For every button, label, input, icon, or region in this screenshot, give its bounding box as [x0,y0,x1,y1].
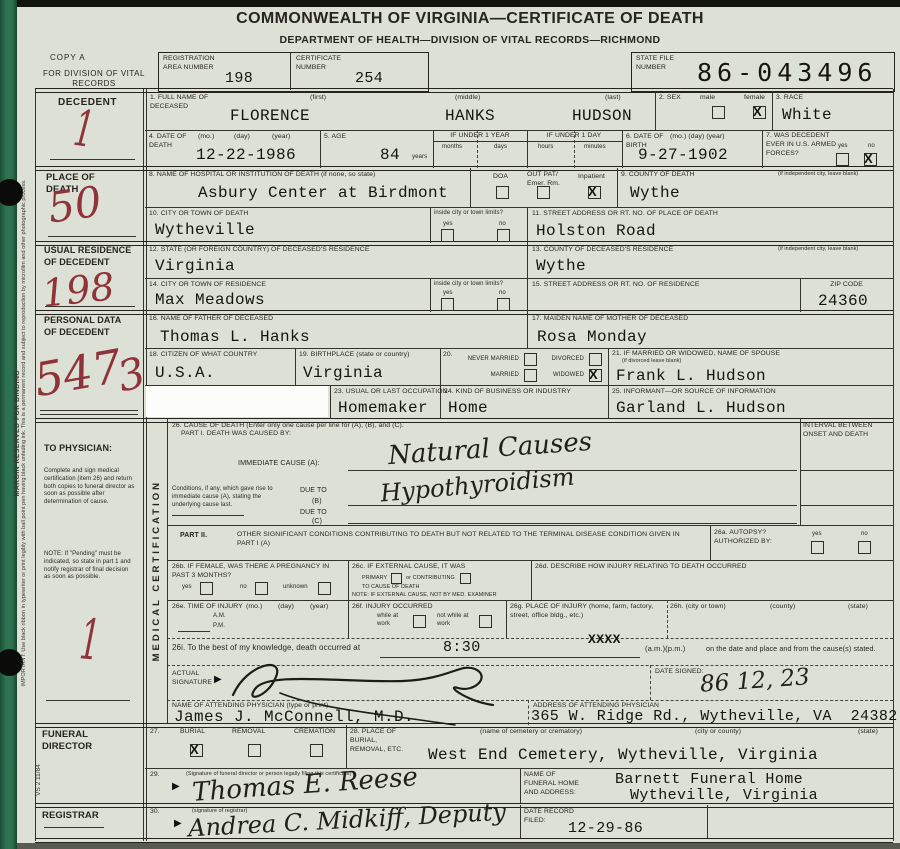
line [145,278,893,279]
field-19-label: 19. BIRTHPLACE (state or country) [299,351,409,360]
bottom-scan-edge [17,843,900,849]
field-24-label: 24. KIND OF BUSINESS OR INDUSTRY [444,388,571,397]
under-1-day-label: IF UNDER 1 DAY [530,132,618,141]
county-hint-label: (county) [770,603,795,612]
primary-checkbox [391,573,402,584]
funeral-home-name-value: Barnett Funeral Home [615,771,803,788]
first-label: (first) [310,94,326,103]
line [430,278,431,312]
line [893,89,894,841]
widowed-checkbox: X [589,369,602,382]
first-name-value: FLORENCE [230,107,310,125]
age-value: 84 [380,146,400,164]
field-11-label: 11. STREET ADDRESS OR RT. NO. OF PLACE O… [532,210,718,219]
line [608,348,609,385]
limits-label: inside city or town limits? [434,281,524,289]
limits-no-checkbox [497,229,510,242]
limits-yes-label: yes [443,290,453,298]
injury-day-label: (day) [278,603,294,612]
middle-label: (middle) [455,94,480,103]
line [320,130,321,168]
section-medical-certification: MEDICAL CERTIFICATION [146,418,167,723]
doa-label: DOA [493,173,508,182]
state-file-label: STATE FILE NUMBER [636,55,691,73]
limits-yes-label: yes [443,221,453,229]
field-26i-rest-label: on the date and place and from the cause… [706,644,876,653]
date-of-birth-value: 9-27-1902 [638,146,728,164]
married-label: MARRIED [455,372,519,380]
line [40,414,138,415]
line [527,207,528,243]
line [800,278,801,312]
physician-address-value: 365 W. Ridge Rd., Wytheville, VA 24382 [531,708,898,725]
binding-margin-text: MARGIN RESERVED FOR BINDING IMPORTANT: U… [14,143,40,723]
armed-forces-no-label: no [868,143,875,151]
binding-note: IMPORTANT: Use black ribbon in typewrite… [21,143,28,723]
middle-name-value: HANKS [445,107,495,125]
cemetery-city-hint: (city or county) [695,728,741,737]
pregnancy-yes-label: yes [182,584,192,592]
arrow-icon: ▶ [172,781,180,792]
line [348,600,349,638]
line [48,236,136,237]
check-x-mark: X [864,151,873,166]
line [622,130,623,168]
pregnancy-unknown-checkbox [318,582,331,595]
race-value: White [782,106,832,124]
cemetery-name-hint: (name of cemetery or crematory) [480,728,582,737]
field-7-label: 7. WAS DECEDENT EVER IN U.S. ARMED FORCE… [766,132,838,158]
injury-year-label: (year) [310,603,328,612]
field-18-label: 18. CITIZEN OF WHAT COUNTRY [149,351,257,360]
field-21-hint: (if divorced leave blank) [622,358,681,365]
age-unit-label: years [412,154,427,162]
line [772,91,773,130]
line [346,725,347,768]
industry-value: Home [448,399,488,417]
while-at-work-checkbox [413,615,426,628]
line [800,470,893,471]
under-1-year-label: IF UNDER 1 YEAR [436,132,524,141]
married-checkbox [524,369,537,382]
line [145,348,893,349]
pm-label: P.M. [213,623,225,631]
field-26h-label: 26h. (city or town) [670,603,726,612]
check-x-mark: X [589,367,598,382]
not-while-at-work-label: not while at work [437,613,477,629]
sex-male-checkbox [712,106,725,119]
pregnancy-unknown-label: unknown [283,584,308,592]
line [45,306,135,307]
line [145,768,893,769]
line [35,88,893,93]
ampm-label: (a.m.)(p.m.) [645,644,685,654]
field-14-label: 14. CITY OR TOWN OF RESIDENCE [149,281,266,290]
line [145,207,893,208]
burial-checkbox: X [190,744,203,757]
line [35,89,36,841]
field-30-label: 30. [150,808,160,817]
hospital-value: Asbury Center at Birdmont [198,184,448,202]
copy-label: COPY A [50,53,86,63]
line [800,505,893,506]
autopsy-no-label: no [861,531,868,539]
section-residence: USUAL RESIDENCE OF DECEDENT [44,245,139,268]
limits-label: inside city or town limits? [434,210,524,218]
binding-title: MARGIN RESERVED FOR BINDING [14,143,21,723]
line [35,838,893,843]
outpatient-checkbox [537,186,550,199]
line [145,130,893,131]
primary-label: PRIMARY [362,575,387,582]
date-signed-handwriting: 86 12, 23 [699,664,810,698]
date-of-death-value: 12-22-1986 [196,146,296,164]
part-2-text: OTHER SIGNIFICANT CONDITIONS CONTRIBUTIN… [237,531,697,549]
city-of-death-value: Wytheville [155,221,255,239]
field-16-label: 16. NAME OF FATHER OF DECEASED [149,315,273,324]
certificate-number: 254 [355,70,383,87]
line [44,827,104,828]
form-title: COMMONWEALTH OF VIRGINIA—CERTIFICATE OF … [120,9,820,30]
line [50,159,135,160]
zip-code-label: ZIP CODE [805,281,888,290]
line [608,385,609,418]
mother-name-value: Rosa Monday [537,328,647,346]
check-x-mark: X [588,184,597,199]
limits-yes-checkbox [441,298,454,311]
birthplace-value: Virginia [303,364,383,382]
field-12-label: 12. STATE (OR FOREIGN COUNTRY) OF DECEAS… [149,246,369,255]
pregnancy-no-label: no [240,584,247,592]
am-label: A.M. [213,613,226,621]
line [143,89,144,841]
sex-male-label: male [700,94,715,103]
limits-no-label: no [499,290,506,298]
field-4-label: 4. DATE OF DEATH [149,133,195,151]
sex-female-label: female [744,94,765,103]
registration-area-number: 198 [225,70,253,87]
field-1-label: 1. FULL NAME OF DECEASED [150,94,222,112]
date-signed-label: DATE SIGNED: [655,668,704,677]
physician-note-2: NOTE: If "Pending" must be indicated, so… [44,551,136,582]
line [528,700,529,725]
county-of-death-value: Wythe [630,184,680,202]
father-name-value: Thomas L. Hanks [160,328,310,346]
occupation-value: Homemaker [338,399,428,417]
line [40,410,138,411]
field-9-hint: (if independent city, leave blank) [778,171,858,178]
form-subtitle: DEPARTMENT OF HEALTH—DIVISION OF VITAL R… [120,34,820,48]
state-hint-label: (state) [848,603,868,612]
top-scan-edge [17,0,900,7]
street-of-death-value: Holston Road [536,222,656,240]
conditions-note: Conditions, if any, which gave rise to i… [172,486,280,509]
minutes-label: minutes [584,144,606,152]
field-26g-label: 26g. PLACE OF INJURY (home, farm, factor… [510,603,660,621]
field-17-label: 17. MAIDEN NAME OF MOTHER OF DECEASED [532,315,688,324]
residence-city-value: Max Meadows [155,291,265,309]
line [470,168,471,207]
field-15-label: 15. STREET ADDRESS OR RT. NO. OF RESIDEN… [532,281,700,290]
line [650,665,651,700]
actual-signature-label: ACTUAL SIGNATURE [172,670,218,688]
medical-certification-label: MEDICAL CERTIFICATION [151,480,162,661]
line [531,560,532,600]
field-2-label: 2. SEX [659,94,681,103]
line [707,805,708,838]
line [617,168,618,207]
funeral-home-city-value: Wytheville, Virginia [630,787,818,804]
citizen-value: U.S.A. [155,364,215,382]
date-filed-value: 12-29-86 [568,820,643,837]
line [167,638,893,639]
registration-area-label: REGISTRATION AREA NUMBER [163,55,231,73]
red-annotation-physician: 1 [77,607,102,673]
field-26a-label: 26a. AUTOPSY? AUTHORIZED BY: [714,529,784,547]
hours-label: hours [538,144,554,152]
section-to-physician: TO PHYSICIAN: [44,443,112,455]
due-to-c-label: DUE TO [300,508,327,517]
line [655,91,656,130]
funeral-director-signature: Thomas E. Reese [191,762,419,808]
burial-label: BURIAL [180,728,205,737]
autopsy-yes-label: yes [812,531,822,539]
line [167,560,893,561]
mo-label: (mo.) [198,133,214,142]
line [527,312,528,348]
limits-yes-checkbox [441,229,454,242]
red-annotation-personal: 547 [30,339,126,407]
widowed-label: WIDOWED [540,372,584,380]
section-registrar: REGISTRAR [42,810,99,822]
zip-code-value: 24360 [818,292,868,310]
field-26e-label: 26e. TIME OF INJURY [172,603,243,612]
field-26i-label: 26i. To the best of my knowledge, death … [172,643,360,653]
physician-name-value: James J. McConnell, M.D. [174,708,414,726]
year-label: (year) [272,133,290,142]
field-26b-label: 26b. IF FEMALE, WAS THERE A PREGNANCY IN… [172,563,332,581]
day-label: (day) [234,133,250,142]
sex-female-checkbox: X [753,106,766,119]
line [440,348,441,385]
am-strikeout-value: XXXX [588,632,621,647]
divorced-label: DIVORCED [540,356,584,364]
certificate-number-label: CERTIFICATE NUMBER [296,55,354,73]
redaction-box [146,386,328,417]
line [520,768,521,803]
field-26-label2: PART I. DEATH WAS CAUSED BY: [181,430,291,439]
line [520,805,521,838]
days-label: days [494,144,507,152]
field-25-label: 25. INFORMANT—OR SOURCE OF INFORMATION [612,388,776,397]
last-name-value: HUDSON [572,107,632,125]
informant-value: Garland L. Hudson [616,399,786,417]
line [527,243,528,278]
physician-note-1: Complete and sign medical certification … [44,468,136,507]
line [167,418,168,723]
pregnancy-no-checkbox [255,582,268,595]
field-10-label: 10. CITY OR TOWN OF DEATH [149,210,248,219]
funeral-home-label: NAME OF FUNERAL HOME AND ADDRESS: [524,771,584,797]
field-13-hint: (if independent city, leave blank) [778,246,858,253]
line [527,130,528,168]
last-label: (last) [605,94,621,103]
contributing-checkbox [460,573,471,584]
part-2-label: PART II. [180,531,207,540]
months-label: months [442,144,462,152]
arrow-icon: ▶ [214,674,222,685]
while-at-work-label: while at work [377,613,411,629]
field-8-label: 8. NAME OF HOSPITAL OR INSTITUTION OF DE… [149,171,459,180]
field-28-label: 28. PLACE OF BURIAL, REMOVAL, ETC. [350,728,408,754]
line [433,130,434,168]
line [348,523,797,524]
spouse-name-value: Frank L. Hudson [616,367,766,385]
b-label: (B) [312,497,322,506]
inpatient-checkbox: X [588,186,601,199]
divorced-checkbox [589,353,602,366]
removal-label: REMOVAL [232,728,265,737]
autopsy-yes-checkbox [811,541,824,554]
field-27-label: 27. [150,728,160,737]
field-26d-label: 26d. DESCRIBE HOW INJURY RELATING TO DEA… [535,563,747,572]
immediate-cause-label: IMMEDIATE CAUSE (A): [238,458,320,467]
field-3-label: 3. RACE [776,94,803,103]
armed-forces-yes-label: yes [838,143,848,151]
cremation-label: CREMATION [294,728,335,737]
interval-label: INTERVAL BETWEEN ONSET AND DEATH [803,422,888,440]
field-29-label: 29. [150,771,160,780]
field-26f-label: 26f. INJURY OCCURRED [352,603,433,612]
cremation-checkbox [310,744,323,757]
line [172,515,244,516]
not-while-at-work-checkbox [479,615,492,628]
line [167,525,893,526]
to-cause-label: TO CAUSE OF DEATH [362,584,420,591]
residence-county-value: Wythe [536,257,586,275]
line [430,207,431,243]
armed-forces-yes-checkbox [836,153,849,166]
due-to-b-label: DUE TO [300,486,327,495]
line [800,418,801,525]
line [667,600,668,638]
field-26c-label: 26c. IF EXTERNAL CAUSE, IT WAS [352,563,465,572]
arrow-icon: ▶ [174,818,182,829]
external-cause-note: NOTE: IF EXTERNAL CAUSE, NOT BY MED. EXA… [352,592,497,599]
line [527,278,528,312]
armed-forces-no-checkbox: X [864,153,877,166]
doa-checkbox [496,186,509,199]
line [290,52,291,90]
limits-no-checkbox [497,298,510,311]
residence-state-value: Virginia [155,257,235,275]
line [330,385,331,418]
red-annotation-residence: 198 [40,264,117,315]
pregnancy-yes-checkbox [200,582,213,595]
field-5-label: 5. AGE [324,133,346,142]
line [710,525,711,560]
line [167,600,893,601]
line [295,348,296,385]
copy-for-label: FOR DIVISION OF VITAL RECORDS [38,69,150,90]
section-funeral-director: FUNERAL DIRECTOR [42,729,112,754]
line [433,141,622,142]
field-13-label: 13. COUNTY OF DECEASED'S RESIDENCE [532,246,673,255]
section-personal-data: PERSONAL DATA OF DECEDENT [44,315,124,338]
injury-mo-label: (mo.) [246,603,262,612]
line [506,600,507,638]
red-annotation-place: 50 [45,177,105,233]
inpatient-label: Inpatient [578,173,605,182]
field-23-label: 23. USUAL OR LAST OCCUPATION [334,388,448,397]
field-20-label: 20. [443,351,453,360]
check-x-mark: X [753,104,762,119]
c-label: (C) [312,517,322,526]
state-file-number: 86-043496 [697,58,877,87]
check-x-mark: X [190,742,199,757]
death-certificate-document: MARGIN RESERVED FOR BINDING IMPORTANT: U… [0,0,900,849]
removal-checkbox [248,744,261,757]
red-annotation-personal-b: 3 [112,347,150,401]
limits-no-label: no [499,221,506,229]
place-of-burial-value: West End Cemetery, Wytheville, Virginia [428,746,818,764]
line [762,130,763,168]
line [348,505,797,506]
line [46,700,130,701]
never-married-label: NEVER MARRIED [455,356,519,364]
cemetery-state-hint: (state) [858,728,878,737]
field-9-label: 9. COUNTY OF DEATH [621,171,695,180]
form-code: VS 2 11/84 [35,750,45,810]
never-married-checkbox [524,353,537,366]
dob-sub-label: (mo.) (day) (year) [670,133,725,142]
line [348,560,349,600]
contributing-label: or CONTRIBUTING [406,575,455,582]
line [178,631,210,632]
autopsy-no-checkbox [858,541,871,554]
